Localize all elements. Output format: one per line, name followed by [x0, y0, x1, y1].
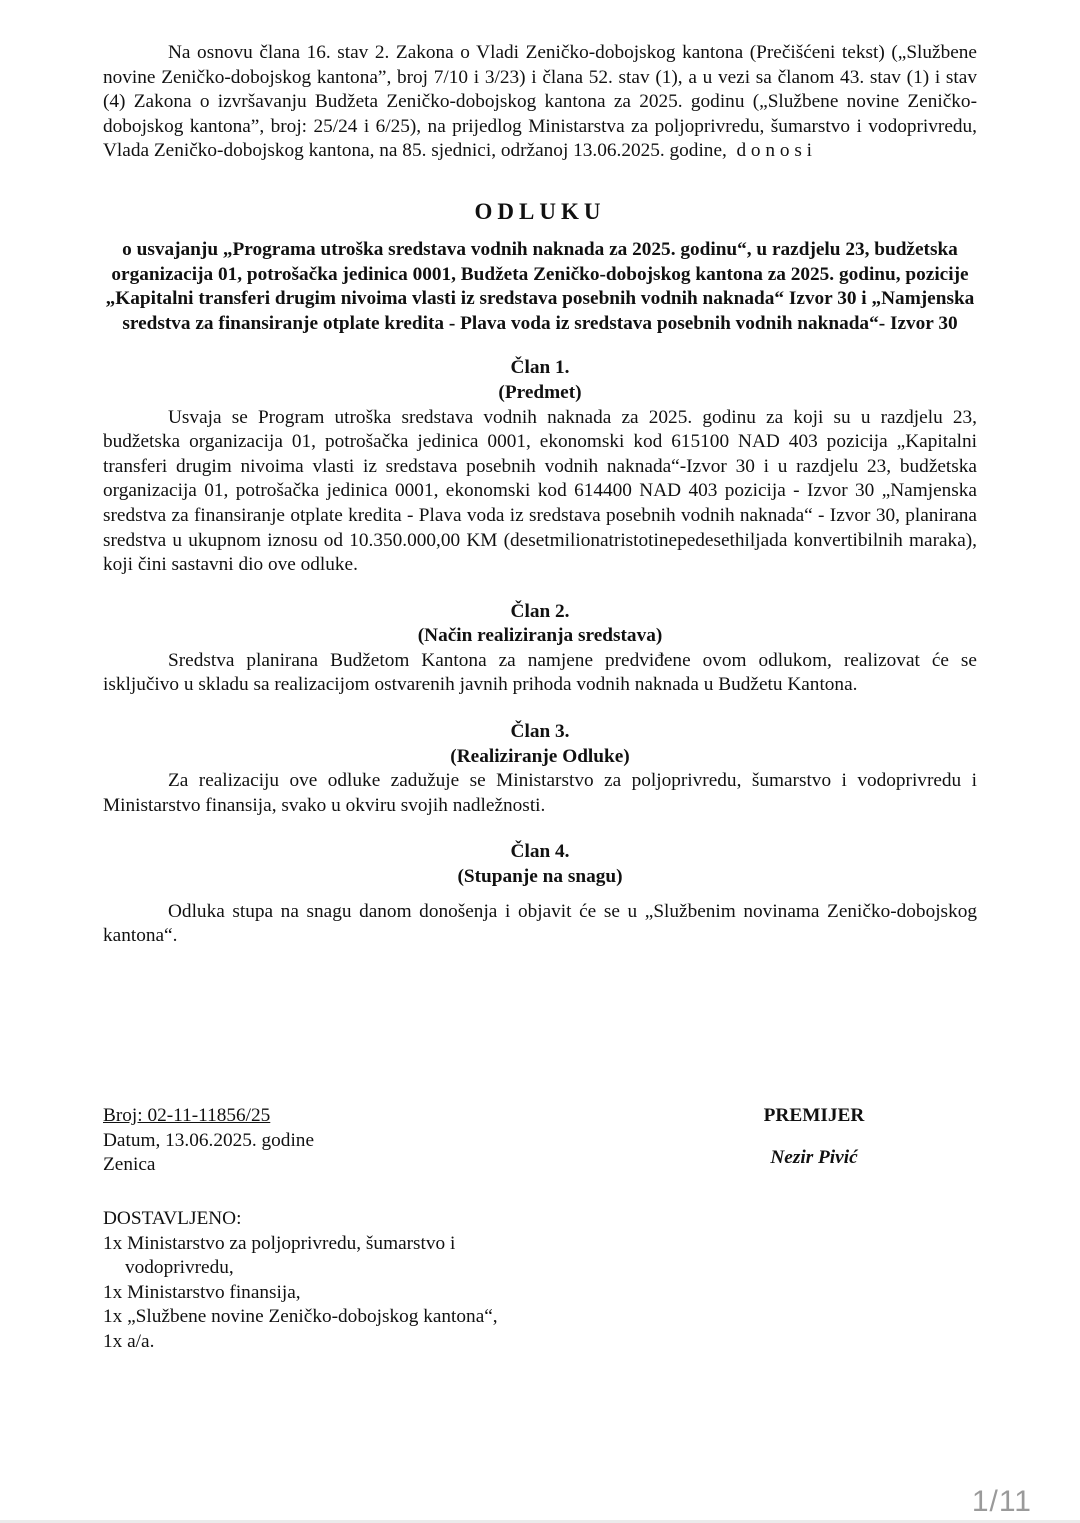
article-subheading: (Realiziranje Odluke): [103, 745, 977, 770]
page-indicator: 1/11: [972, 1485, 1032, 1519]
document-place: Zenica: [103, 1153, 314, 1178]
distribution-item: 1x Ministarstvo za poljoprivredu, šumars…: [103, 1232, 545, 1281]
document-number: Broj: 02-11-11856/25: [103, 1104, 314, 1129]
document-date: Datum, 13.06.2025. godine: [103, 1129, 314, 1154]
distribution-heading: DOSTAVLJENO:: [103, 1207, 545, 1232]
article-heading: Član 4.: [103, 840, 977, 865]
article-body: Odluka stupa na snagu danom donošenja i …: [103, 900, 977, 949]
preamble-text: Na osnovu člana 16. stav 2. Zakona o Vla…: [103, 42, 977, 161]
distribution-item: 1x „Službene novine Zeničko-dobojskog ka…: [103, 1305, 545, 1330]
distribution-item: 1x Ministarstvo finansija,: [103, 1281, 545, 1306]
article-subheading: (Način realiziranja sredstava): [103, 624, 977, 649]
article-body: Sredstva planirana Budžetom Kantona za n…: [103, 649, 977, 698]
article-4: Član 4. (Stupanje na snagu) Odluka stupa…: [103, 840, 977, 948]
signatory: PREMIJER Nezir Pivić: [754, 1104, 874, 1170]
article-subheading: (Stupanje na snagu): [103, 865, 977, 890]
article-heading: Član 2.: [103, 600, 977, 625]
signatory-name: Nezir Pivić: [754, 1146, 874, 1171]
article-body: Usvaja se Program utroška sredstava vodn…: [103, 406, 977, 578]
article-3: Član 3. (Realiziranje Odluke) Za realiza…: [103, 720, 977, 818]
preamble-spaced-word: d o n o s i: [736, 140, 812, 161]
article-2: Član 2. (Način realiziranja sredstava) S…: [103, 600, 977, 698]
distribution-list: DOSTAVLJENO: 1x Ministarstvo za poljopri…: [103, 1207, 545, 1355]
decision-title: ODLUKU: [103, 198, 977, 226]
decision-subtitle: o usvajanju „Programa utroška sredstava …: [103, 238, 977, 336]
document-page: Na osnovu člana 16. stav 2. Zakona o Vla…: [103, 41, 977, 949]
document-reference: Broj: 02-11-11856/25 Datum, 13.06.2025. …: [103, 1104, 314, 1178]
article-subheading: (Predmet): [103, 381, 977, 406]
preamble: Na osnovu člana 16. stav 2. Zakona o Vla…: [103, 41, 977, 164]
distribution-item: 1x a/a.: [103, 1330, 545, 1355]
signatory-role: PREMIJER: [754, 1104, 874, 1129]
article-body: Za realizaciju ove odluke zadužuje se Mi…: [103, 769, 977, 818]
article-1: Član 1. (Predmet) Usvaja se Program utro…: [103, 356, 977, 577]
article-heading: Član 3.: [103, 720, 977, 745]
article-heading: Član 1.: [103, 356, 977, 381]
